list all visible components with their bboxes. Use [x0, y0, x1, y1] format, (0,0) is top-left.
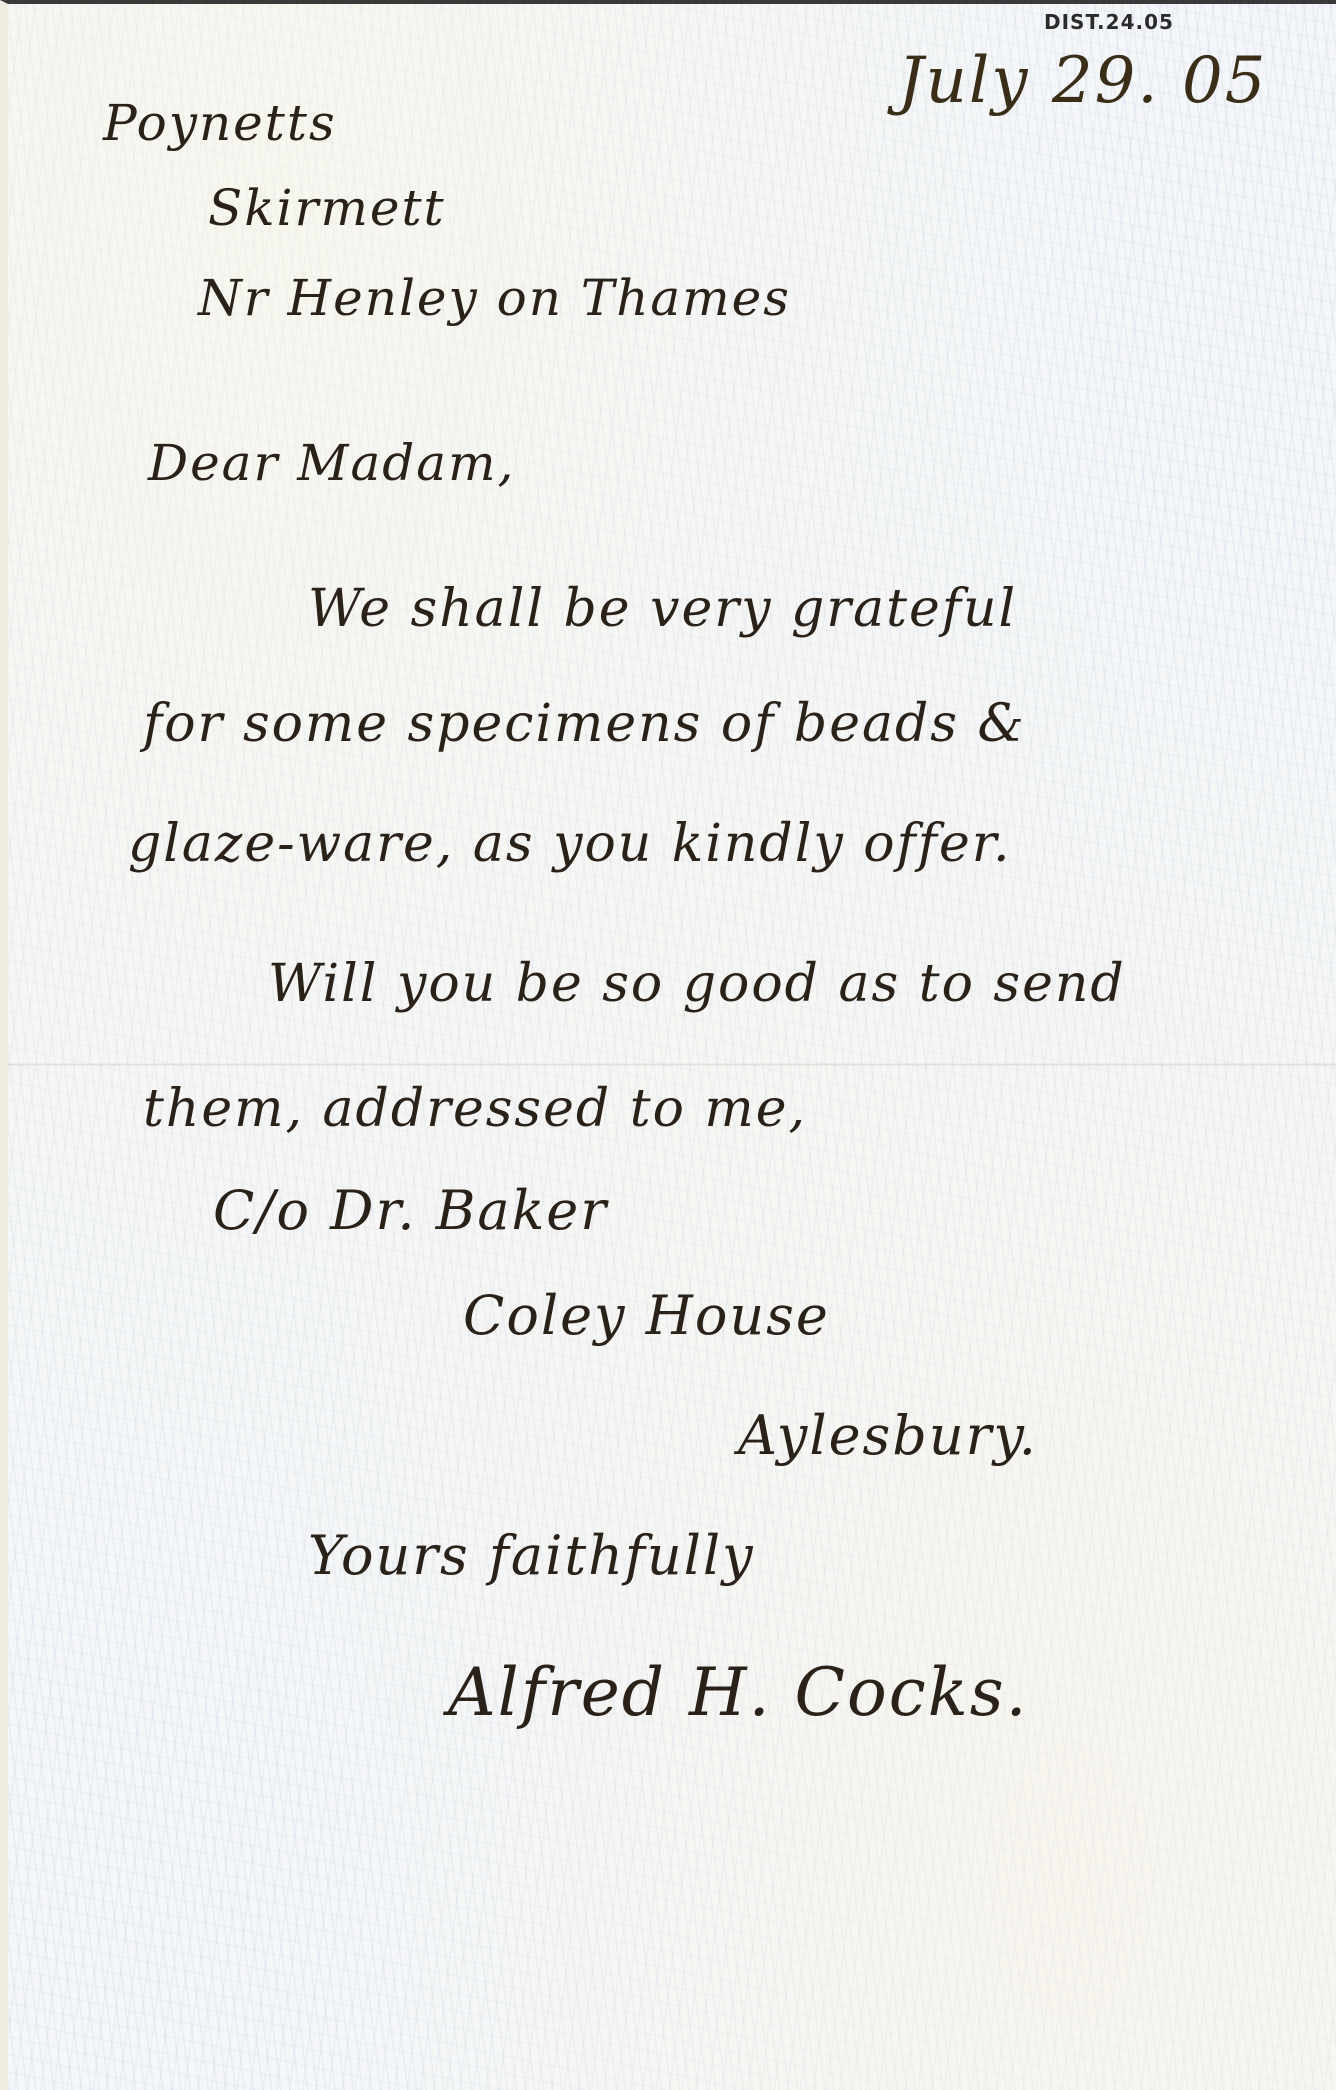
archive-stamp: DIST.24.05	[1044, 10, 1174, 34]
body-line-3: glaze-ware, as you kindly offer.	[128, 814, 1011, 874]
sender-address-line-2: Skirmett	[208, 179, 446, 237]
body-line-1: We shall be very grateful	[308, 579, 1017, 639]
signature: Alfred H. Cocks.	[448, 1654, 1029, 1731]
letter-date: July 29. 05	[898, 44, 1267, 118]
salutation: Dear Madam,	[148, 434, 515, 492]
paper-fold-line	[8, 1063, 1336, 1066]
care-of-address-line-2: Coley House	[463, 1284, 830, 1347]
sender-address-line-1: Poynetts	[103, 94, 337, 152]
care-of-address-line-3: Aylesbury.	[738, 1404, 1038, 1467]
closing: Yours faithfully	[308, 1524, 755, 1587]
sender-address-line-3: Nr Henley on Thames	[198, 269, 791, 327]
letter-page: DIST.24.05 July 29. 05 Poynetts Skirmett…	[0, 0, 1336, 2090]
body-line-2: for some specimens of beads &	[143, 694, 1026, 754]
body-line-4: Will you be so good as to send	[268, 954, 1126, 1014]
care-of-address-line-1: C/o Dr. Baker	[213, 1179, 608, 1242]
body-line-5: them, addressed to me,	[143, 1079, 807, 1139]
